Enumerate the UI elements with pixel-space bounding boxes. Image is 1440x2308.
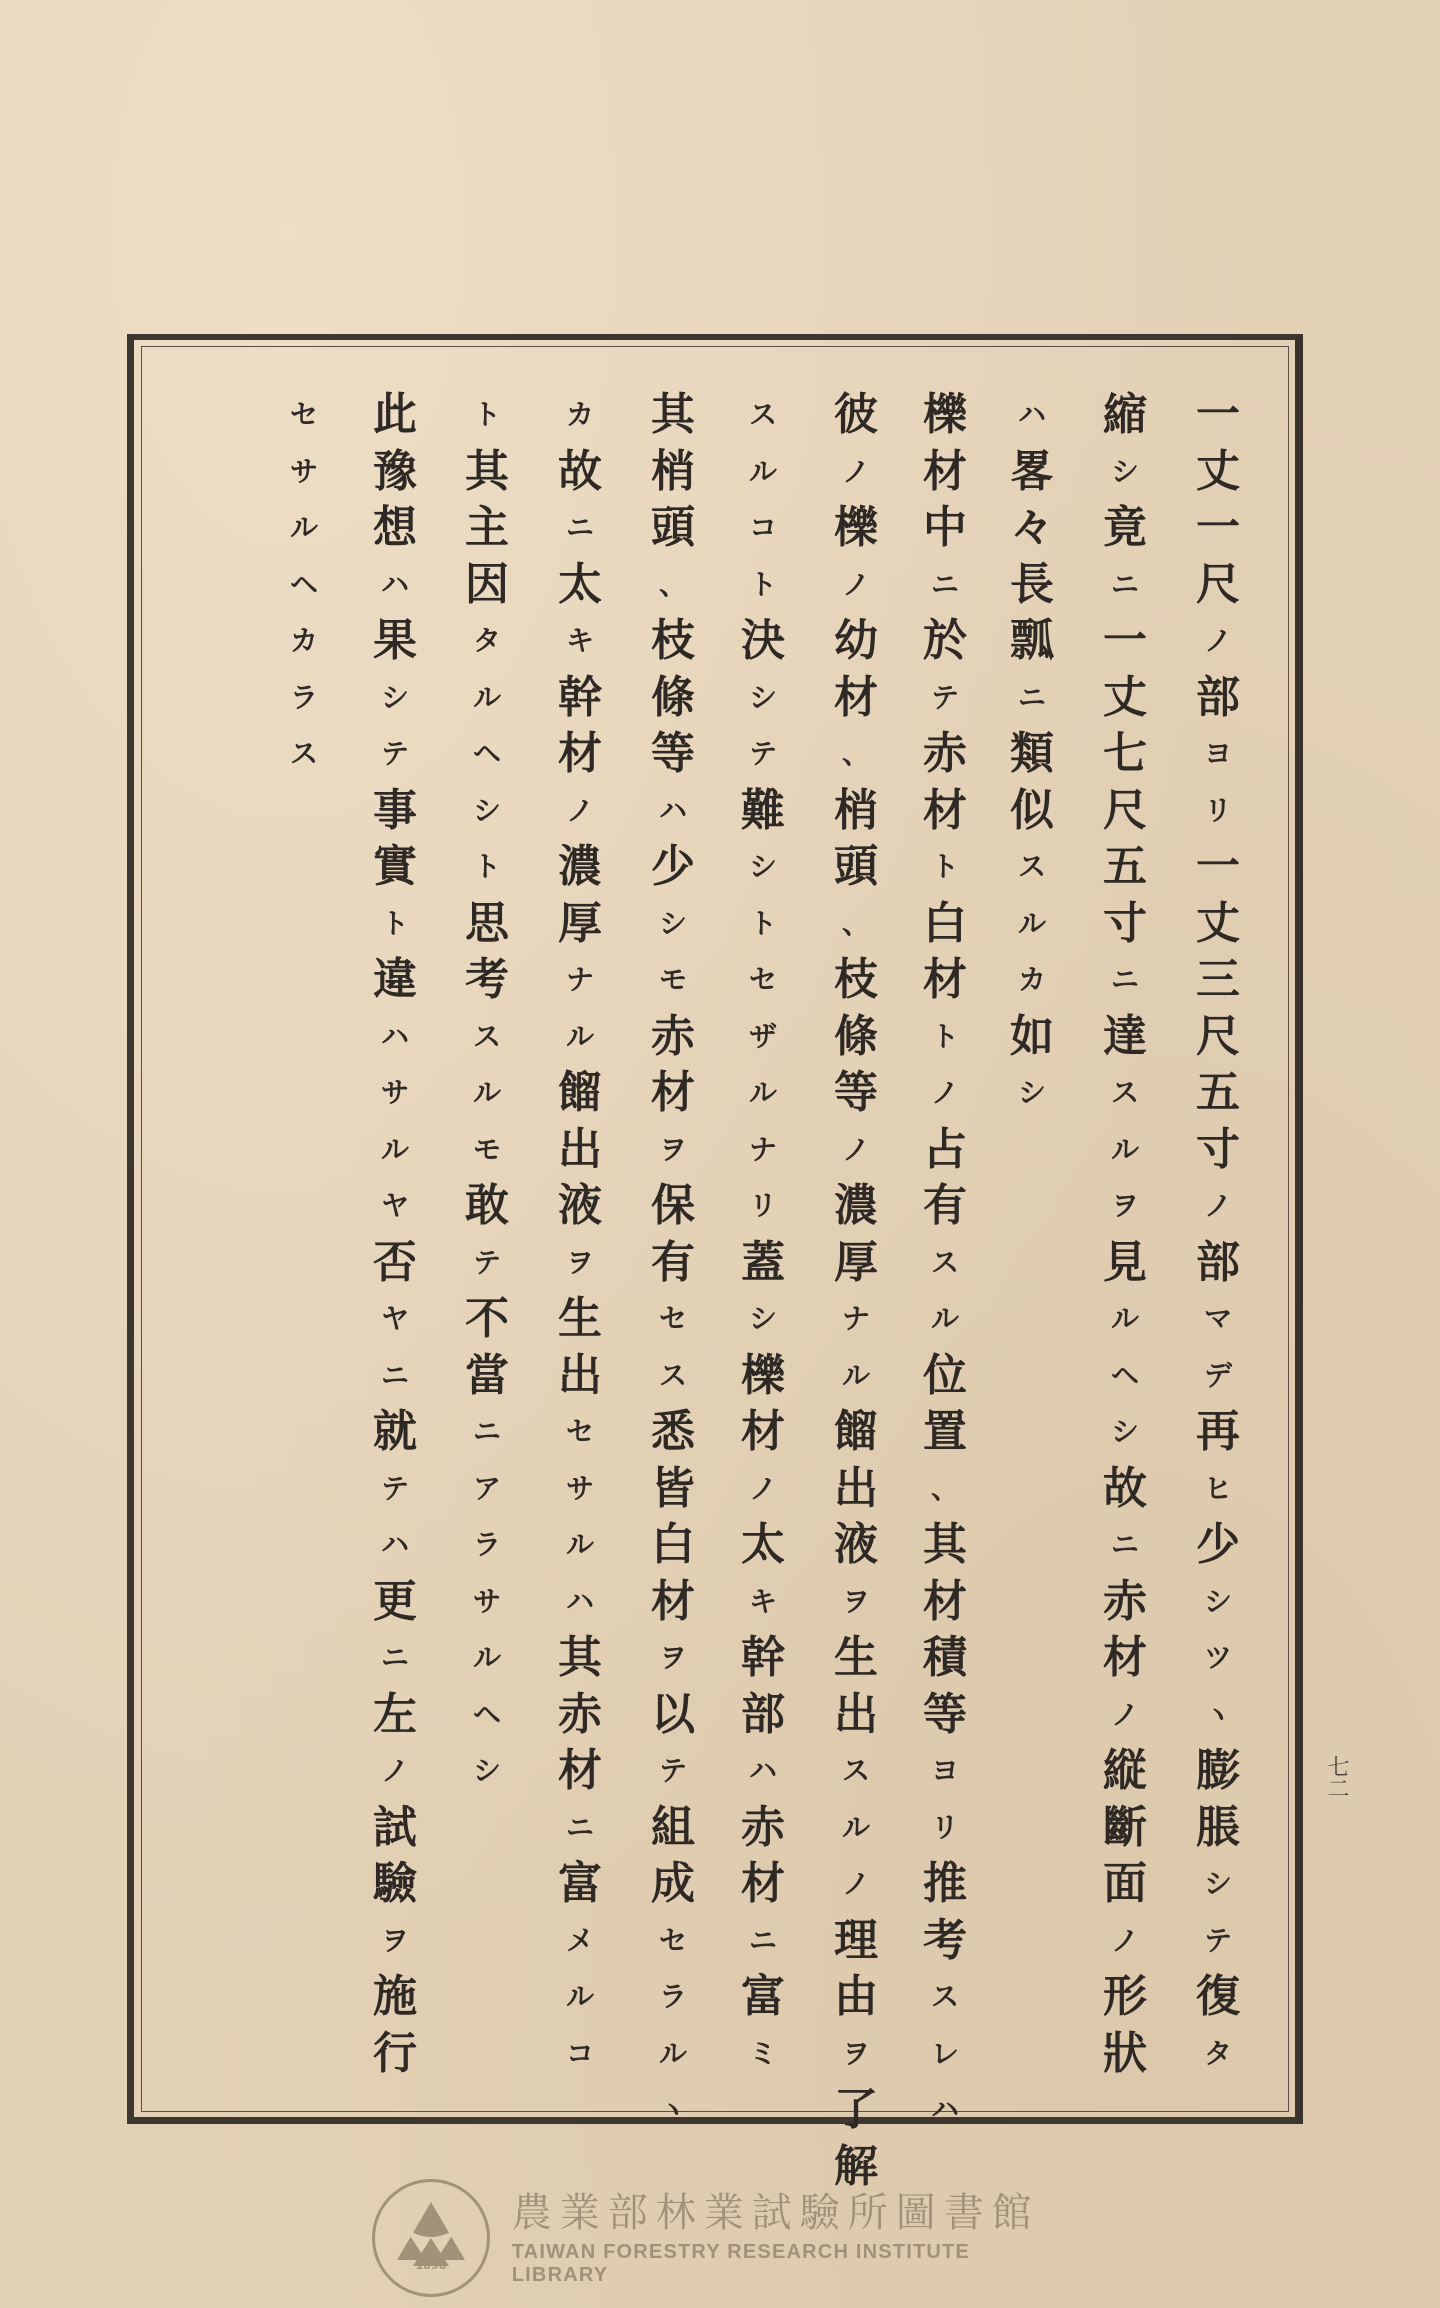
text-column: カ故ニ太キ幹材ノ濃厚ナル餾出液ヲ生出セサルハ其赤材ニ富メルコ <box>550 387 610 2082</box>
glyph: ル <box>457 1630 517 1687</box>
glyph: 彼 <box>826 387 886 444</box>
glyph: リ <box>1188 783 1248 840</box>
glyph: ノ <box>826 557 886 614</box>
glyph: ル <box>365 1122 425 1179</box>
glyph: ヒ <box>1188 1461 1248 1518</box>
glyph: ヲ <box>643 1122 703 1179</box>
glyph: 考 <box>457 952 517 1009</box>
glyph: 此 <box>365 387 425 444</box>
glyph: 赤 <box>1095 1574 1155 1631</box>
glyph: ラ <box>643 1969 703 2026</box>
glyph: 果 <box>365 613 425 670</box>
glyph: 濃 <box>550 839 610 896</box>
glyph: タ <box>1188 2026 1248 2083</box>
glyph: 々 <box>1002 500 1062 557</box>
glyph: ス <box>457 1009 517 1066</box>
glyph: 條 <box>643 670 703 727</box>
text-column: 縮シ竟ニ一丈七尺五寸ニ達スルヲ見ルヘシ故ニ赤材ノ縦斷面ノ形狀 <box>1095 387 1155 2082</box>
glyph: 以 <box>643 1687 703 1744</box>
glyph: ル <box>1002 896 1062 953</box>
glyph: 白 <box>915 896 975 953</box>
glyph: 豫 <box>365 444 425 501</box>
glyph: ヽ <box>1188 1687 1248 1744</box>
glyph: ト <box>733 557 793 614</box>
glyph: 材 <box>550 726 610 783</box>
glyph: ツ <box>1188 1630 1248 1687</box>
text-column: ト其主因タルヘシト思考スルモ敢テ不當ニアラサルヘシ <box>457 387 517 1800</box>
glyph: 、 <box>915 1461 975 1518</box>
glyph: 材 <box>915 1574 975 1631</box>
text-column: 櫟材中ニ於テ赤材ト白材トノ占有スル位置、其材積等ヨリ推考スレハ <box>915 387 975 2139</box>
glyph: 尺 <box>1095 783 1155 840</box>
glyph: ハ <box>365 1517 425 1574</box>
glyph: 材 <box>643 1065 703 1122</box>
glyph: 生 <box>550 1291 610 1348</box>
glyph: 皆 <box>643 1461 703 1518</box>
glyph: カ <box>550 387 610 444</box>
glyph: ヲ <box>365 1913 425 1970</box>
glyph: 等 <box>915 1687 975 1744</box>
glyph: ノ <box>826 1856 886 1913</box>
glyph: 當 <box>457 1348 517 1405</box>
glyph: ト <box>733 896 793 953</box>
glyph: ル <box>733 444 793 501</box>
glyph: 理 <box>826 1913 886 1970</box>
glyph: テ <box>457 1235 517 1292</box>
glyph: マ <box>1188 1291 1248 1348</box>
glyph: 實 <box>365 839 425 896</box>
glyph: 達 <box>1095 1009 1155 1066</box>
glyph: 敢 <box>457 1178 517 1235</box>
glyph: ヘ <box>274 557 334 614</box>
glyph: ア <box>457 1461 517 1518</box>
glyph: 位 <box>915 1348 975 1405</box>
glyph: 似 <box>1002 783 1062 840</box>
glyph: ニ <box>550 500 610 557</box>
glyph: 液 <box>550 1178 610 1235</box>
glyph: 、 <box>826 896 886 953</box>
institute-logo-icon: 1896 <box>372 2179 490 2297</box>
glyph: ノ <box>365 1743 425 1800</box>
glyph: リ <box>733 1178 793 1235</box>
glyph: テ <box>365 1461 425 1518</box>
glyph: 尺 <box>1188 1009 1248 1066</box>
glyph: 尺 <box>1188 557 1248 614</box>
glyph: 有 <box>643 1235 703 1292</box>
text-column: 一丈一尺ノ部ヨリ一丈三尺五寸ノ部マデ再ヒ少シツヽ膨脹シテ復タ <box>1188 387 1248 2082</box>
glyph: ヨ <box>915 1743 975 1800</box>
glyph: 保 <box>643 1178 703 1235</box>
glyph: サ <box>457 1574 517 1631</box>
glyph: 出 <box>550 1348 610 1405</box>
glyph: ル <box>1095 1291 1155 1348</box>
glyph: 脹 <box>1188 1800 1248 1857</box>
text-column: 彼ノ櫟ノ幼材、梢頭、枝條等ノ濃厚ナル餾出液ヲ生出スルノ理由ヲ了解 <box>826 387 886 2195</box>
glyph: テ <box>915 670 975 727</box>
glyph: 等 <box>826 1065 886 1122</box>
glyph: ス <box>915 1235 975 1292</box>
glyph: 厚 <box>826 1235 886 1292</box>
glyph: 組 <box>643 1800 703 1857</box>
glyph: 餾 <box>826 1404 886 1461</box>
glyph: 了 <box>826 2082 886 2139</box>
glyph: 厚 <box>550 896 610 953</box>
glyph: 赤 <box>915 726 975 783</box>
glyph: 頭 <box>826 839 886 896</box>
glyph: 其 <box>550 1630 610 1687</box>
glyph: サ <box>274 444 334 501</box>
glyph: 成 <box>643 1856 703 1913</box>
glyph: メ <box>550 1913 610 1970</box>
logo-year: 1896 <box>375 2259 487 2272</box>
glyph: ヘ <box>457 1687 517 1744</box>
glyph: ト <box>457 839 517 896</box>
glyph: ル <box>1095 1122 1155 1179</box>
glyph: 畧 <box>1002 444 1062 501</box>
glyph: シ <box>457 1743 517 1800</box>
glyph: ハ <box>915 2082 975 2139</box>
glyph: ル <box>550 1969 610 2026</box>
glyph: 丈 <box>1095 670 1155 727</box>
glyph: ハ <box>1002 387 1062 444</box>
glyph: コ <box>733 500 793 557</box>
glyph: 有 <box>915 1178 975 1235</box>
glyph: 三 <box>1188 952 1248 1009</box>
glyph: ヲ <box>643 1630 703 1687</box>
glyph: 難 <box>733 783 793 840</box>
glyph: 否 <box>365 1235 425 1292</box>
glyph: 生 <box>826 1630 886 1687</box>
glyph: ノ <box>1095 1913 1155 1970</box>
glyph: 富 <box>550 1856 610 1913</box>
glyph: ナ <box>550 952 610 1009</box>
library-watermark: 1896 農業部林業試驗所圖書館 TAIWAN FORESTRY RESEARC… <box>372 2178 1072 2298</box>
glyph: セ <box>550 1404 610 1461</box>
glyph: 寸 <box>1188 1122 1248 1179</box>
glyph: 材 <box>550 1743 610 1800</box>
glyph: 見 <box>1095 1235 1155 1292</box>
glyph: 考 <box>915 1913 975 1970</box>
glyph: 櫟 <box>826 500 886 557</box>
glyph: ノ <box>826 1122 886 1179</box>
glyph: テ <box>733 726 793 783</box>
glyph: 出 <box>826 1461 886 1518</box>
glyph: 行 <box>365 2026 425 2083</box>
glyph: サ <box>550 1461 610 1518</box>
glyph: ノ <box>1188 613 1248 670</box>
glyph: ニ <box>457 1404 517 1461</box>
text-column: スルコト決シテ難シトセザルナリ蓋シ櫟材ノ太キ幹部ハ赤材ニ富ミ <box>733 387 793 2082</box>
glyph: 其 <box>643 387 703 444</box>
glyph: 其 <box>457 444 517 501</box>
glyph: ヲ <box>1095 1178 1155 1235</box>
glyph: ス <box>274 726 334 783</box>
glyph: 不 <box>457 1291 517 1348</box>
glyph: 驗 <box>365 1856 425 1913</box>
glyph: 材 <box>826 670 886 727</box>
glyph: 就 <box>365 1404 425 1461</box>
glyph: ノ <box>1188 1178 1248 1235</box>
glyph: ニ <box>915 557 975 614</box>
glyph: 材 <box>643 1574 703 1631</box>
glyph: 出 <box>550 1122 610 1179</box>
glyph: ニ <box>550 1800 610 1857</box>
glyph: ト <box>915 839 975 896</box>
glyph: ル <box>550 1009 610 1066</box>
glyph: 試 <box>365 1800 425 1857</box>
glyph: 部 <box>733 1687 793 1744</box>
glyph: ス <box>1095 1065 1155 1122</box>
text-column: セサルヘカラス <box>274 387 334 783</box>
glyph: シ <box>643 896 703 953</box>
glyph: 枝 <box>826 952 886 1009</box>
glyph: ル <box>915 1291 975 1348</box>
glyph: 太 <box>550 557 610 614</box>
glyph: 材 <box>915 952 975 1009</box>
glyph: ニ <box>1095 557 1155 614</box>
glyph: 五 <box>1188 1065 1248 1122</box>
glyph: 頭 <box>643 500 703 557</box>
glyph: セ <box>643 1913 703 1970</box>
glyph: 施 <box>365 1969 425 2026</box>
glyph: リ <box>915 1800 975 1857</box>
glyph: 、 <box>826 726 886 783</box>
glyph: ス <box>643 1348 703 1405</box>
glyph: 故 <box>1095 1461 1155 1518</box>
glyph: ル <box>826 1348 886 1405</box>
glyph: ミ <box>733 2026 793 2083</box>
glyph: 白 <box>643 1517 703 1574</box>
glyph: レ <box>915 2026 975 2083</box>
glyph: 少 <box>1188 1517 1248 1574</box>
glyph: 故 <box>550 444 610 501</box>
glyph: ス <box>1002 839 1062 896</box>
glyph: 五 <box>1095 839 1155 896</box>
glyph: 悉 <box>643 1404 703 1461</box>
glyph: 櫟 <box>733 1348 793 1405</box>
glyph: ニ <box>1095 1517 1155 1574</box>
glyph: ハ <box>733 1743 793 1800</box>
glyph: 置 <box>915 1404 975 1461</box>
glyph: 瓢 <box>1002 613 1062 670</box>
glyph: ヲ <box>826 2026 886 2083</box>
glyph: シ <box>1095 444 1155 501</box>
glyph: 狀 <box>1095 2026 1155 2083</box>
glyph: ザ <box>733 1009 793 1066</box>
glyph: ス <box>915 1969 975 2026</box>
glyph: 斷 <box>1095 1800 1155 1857</box>
glyph: 材 <box>1095 1630 1155 1687</box>
glyph: ル <box>643 2026 703 2083</box>
glyph: 丈 <box>1188 896 1248 953</box>
glyph: 決 <box>733 613 793 670</box>
glyph: ヘ <box>1095 1348 1155 1405</box>
glyph: ニ <box>365 1630 425 1687</box>
glyph: 赤 <box>550 1687 610 1744</box>
glyph: 赤 <box>643 1009 703 1066</box>
glyph: 由 <box>826 1969 886 2026</box>
glyph: セ <box>274 387 334 444</box>
glyph: 一 <box>1188 500 1248 557</box>
glyph: ヤ <box>365 1291 425 1348</box>
glyph: 液 <box>826 1517 886 1574</box>
glyph: キ <box>550 613 610 670</box>
glyph: 幹 <box>733 1630 793 1687</box>
glyph: シ <box>1188 1574 1248 1631</box>
glyph: ヨ <box>1188 726 1248 783</box>
glyph: ノ <box>733 1461 793 1518</box>
glyph: ニ <box>733 1913 793 1970</box>
glyph: ニ <box>1095 952 1155 1009</box>
glyph: シ <box>1095 1404 1155 1461</box>
text-column: ハ畧々長瓢ニ類似スルカ如シ <box>1002 387 1062 1122</box>
glyph: 如 <box>1002 1009 1062 1066</box>
glyph: 梢 <box>643 444 703 501</box>
glyph: セ <box>643 1291 703 1348</box>
glyph: 幼 <box>826 613 886 670</box>
glyph: 太 <box>733 1517 793 1574</box>
glyph: 主 <box>457 500 517 557</box>
glyph: ナ <box>733 1122 793 1179</box>
glyph: 材 <box>915 783 975 840</box>
glyph: ナ <box>826 1291 886 1348</box>
glyph: 濃 <box>826 1178 886 1235</box>
glyph: 富 <box>733 1969 793 2026</box>
glyph: テ <box>1188 1913 1248 1970</box>
glyph: 材 <box>733 1856 793 1913</box>
glyph: 違 <box>365 952 425 1009</box>
glyph: ス <box>733 387 793 444</box>
library-name-english: TAIWAN FORESTRY RESEARCH INSTITUTE LIBRA… <box>512 2241 1072 2287</box>
glyph: ル <box>826 1800 886 1857</box>
glyph: 赤 <box>733 1800 793 1857</box>
glyph: 一 <box>1095 613 1155 670</box>
glyph: ル <box>274 500 334 557</box>
glyph: ニ <box>365 1348 425 1405</box>
glyph: ラ <box>274 670 334 727</box>
glyph: 事 <box>365 783 425 840</box>
glyph: 於 <box>915 613 975 670</box>
glyph: ノ <box>826 444 886 501</box>
glyph: 形 <box>1095 1969 1155 2026</box>
glyph: カ <box>274 613 334 670</box>
glyph: 梢 <box>826 783 886 840</box>
glyph: 想 <box>365 500 425 557</box>
glyph: 縮 <box>1095 387 1155 444</box>
glyph: 一 <box>1188 839 1248 896</box>
glyph: シ <box>733 839 793 896</box>
glyph: ル <box>457 1065 517 1122</box>
glyph: 復 <box>1188 1969 1248 2026</box>
glyph: シ <box>1002 1065 1062 1122</box>
glyph: テ <box>365 726 425 783</box>
glyph: 其 <box>915 1517 975 1574</box>
glyph: ラ <box>457 1517 517 1574</box>
glyph: 縦 <box>1095 1743 1155 1800</box>
glyph: 部 <box>1188 1235 1248 1292</box>
glyph: 再 <box>1188 1404 1248 1461</box>
glyph: 枝 <box>643 613 703 670</box>
glyph: 餾 <box>550 1065 610 1122</box>
glyph: シ <box>365 670 425 727</box>
glyph: 材 <box>733 1404 793 1461</box>
glyph: 一 <box>1188 387 1248 444</box>
glyph: 積 <box>915 1630 975 1687</box>
page-number: 七二 <box>1322 1755 1348 1799</box>
glyph: ノ <box>1095 1687 1155 1744</box>
glyph: 櫟 <box>915 387 975 444</box>
glyph: デ <box>1188 1348 1248 1405</box>
glyph: ノ <box>915 1065 975 1122</box>
glyph: ル <box>457 670 517 727</box>
glyph: 面 <box>1095 1856 1155 1913</box>
glyph: シ <box>1188 1856 1248 1913</box>
glyph: 推 <box>915 1856 975 1913</box>
glyph: ル <box>550 1517 610 1574</box>
glyph: 等 <box>643 726 703 783</box>
glyph: モ <box>643 952 703 1009</box>
glyph: 丈 <box>1188 444 1248 501</box>
glyph: ハ <box>365 1009 425 1066</box>
text-column: 其梢頭、枝條等ハ少シモ赤材ヲ保有セス悉皆白材ヲ以テ組成セラルヽ <box>643 387 703 2139</box>
glyph: 蓋 <box>733 1235 793 1292</box>
glyph: ト <box>915 1009 975 1066</box>
glyph: 幹 <box>550 670 610 727</box>
glyph: シ <box>457 783 517 840</box>
glyph: 條 <box>826 1009 886 1066</box>
glyph: 占 <box>915 1122 975 1179</box>
vertical-text-block: 一丈一尺ノ部ヨリ一丈三尺五寸ノ部マデ再ヒ少シツヽ膨脹シテ復タ縮シ竟ニ一丈七尺五寸… <box>0 0 1440 2308</box>
glyph: ハ <box>643 783 703 840</box>
glyph: 寸 <box>1095 896 1155 953</box>
glyph: 類 <box>1002 726 1062 783</box>
glyph: 中 <box>915 500 975 557</box>
glyph: 七 <box>1095 726 1155 783</box>
glyph: ヘ <box>457 726 517 783</box>
library-name-chinese: 農業部林業試驗所圖書館 <box>512 2189 1072 2237</box>
glyph: ノ <box>550 783 610 840</box>
glyph: シ <box>733 1291 793 1348</box>
glyph: ス <box>826 1743 886 1800</box>
glyph: ル <box>733 1065 793 1122</box>
glyph: テ <box>643 1743 703 1800</box>
glyph: キ <box>733 1574 793 1631</box>
glyph: セ <box>733 952 793 1009</box>
glyph: 因 <box>457 557 517 614</box>
glyph: 、 <box>643 557 703 614</box>
glyph: ハ <box>365 557 425 614</box>
glyph: 少 <box>643 839 703 896</box>
text-column: 此豫想ハ果シテ事實ト違ハサルヤ否ヤニ就テハ更ニ左ノ試驗ヲ施行 <box>365 387 425 2082</box>
glyph: 思 <box>457 896 517 953</box>
glyph: タ <box>457 613 517 670</box>
glyph: ト <box>365 896 425 953</box>
glyph: ハ <box>550 1574 610 1631</box>
glyph: モ <box>457 1122 517 1179</box>
glyph: 出 <box>826 1687 886 1744</box>
glyph: 長 <box>1002 557 1062 614</box>
glyph: コ <box>550 2026 610 2083</box>
glyph: 部 <box>1188 670 1248 727</box>
glyph: 竟 <box>1095 500 1155 557</box>
glyph: 膨 <box>1188 1743 1248 1800</box>
glyph: ヲ <box>826 1574 886 1631</box>
glyph: カ <box>1002 952 1062 1009</box>
glyph: ト <box>457 387 517 444</box>
glyph: ヽ <box>643 2082 703 2139</box>
glyph: 材 <box>915 444 975 501</box>
glyph: シ <box>733 670 793 727</box>
